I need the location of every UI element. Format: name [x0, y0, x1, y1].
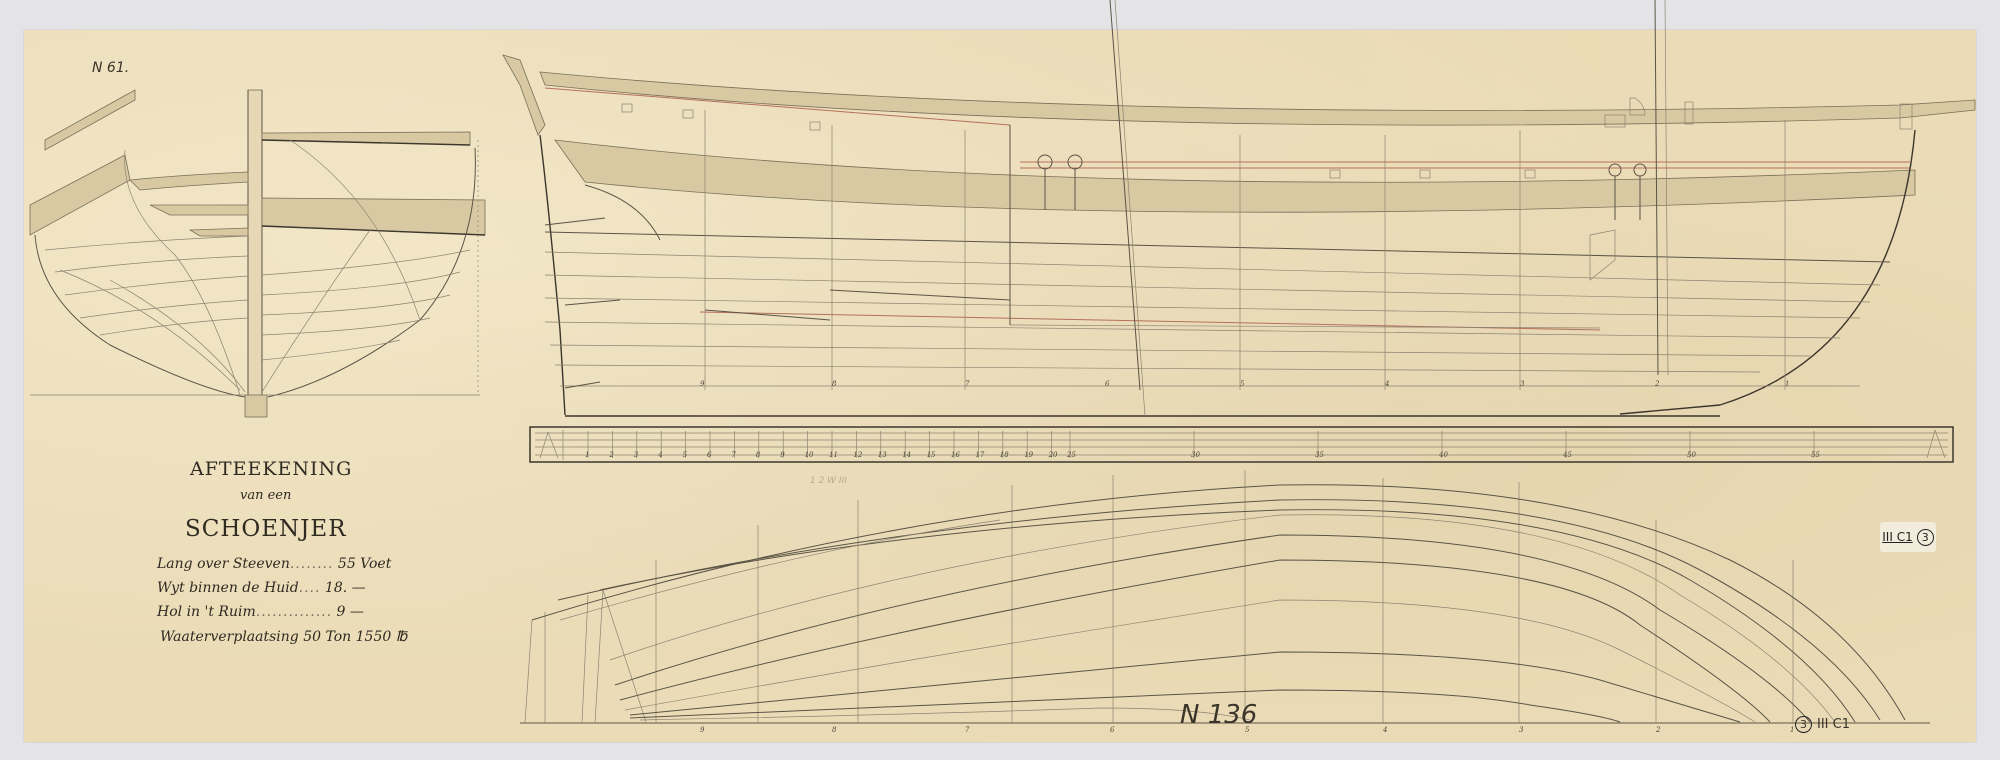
scale-tick-label: 1: [585, 451, 589, 459]
scale-tick-label: 8: [756, 451, 760, 459]
drawing-title: AFTEEKENING: [190, 458, 352, 480]
spec-depth: Hol in 't Ruim.............. 9 —: [157, 604, 364, 620]
station-label: 8: [832, 380, 836, 388]
ship-lines-drawing: [0, 0, 2000, 760]
scale-bar: [530, 427, 1953, 462]
scale-tick-label: 25: [1067, 451, 1076, 459]
scale-tick-label: 12: [853, 451, 862, 459]
station-label: 5: [1240, 380, 1244, 388]
station-label: 8: [832, 726, 836, 734]
scale-tick-label: 11: [829, 451, 838, 459]
station-label: 7: [965, 380, 969, 388]
scale-tick-label: 14: [902, 451, 911, 459]
bottom-catalog-code: III C1: [1817, 717, 1850, 732]
catalog-circled-number: 3: [1917, 529, 1934, 546]
scale-tick-label: 4: [658, 451, 662, 459]
station-label: 9: [700, 726, 704, 734]
half-breadth-plan: [520, 470, 1930, 723]
scale-tick-label: 10: [805, 451, 814, 459]
station-label: 4: [1383, 726, 1387, 734]
station-label: 7: [965, 726, 969, 734]
scale-tick-label: 2: [609, 451, 613, 459]
station-label: 9: [700, 380, 704, 388]
station-label: 1: [1785, 380, 1789, 388]
spec-displacement: Waaterverplaatsing 50 Ton 1550 ℔: [160, 629, 407, 645]
sheet-number-top: N 61.: [92, 60, 129, 76]
scale-tick-label: 19: [1024, 451, 1033, 459]
catalog-code: III C1: [1882, 530, 1912, 544]
station-label: 6: [1110, 726, 1114, 734]
body-plan: [30, 90, 485, 417]
faint-stamp: 1 2 W III: [810, 476, 847, 486]
scale-tick-label: 45: [1563, 451, 1572, 459]
station-label: 5: [1245, 726, 1249, 734]
station-label: 4: [1385, 380, 1389, 388]
station-label: 3: [1520, 380, 1524, 388]
scale-tick-label: 35: [1315, 451, 1324, 459]
scale-tick-label: 15: [927, 451, 936, 459]
scale-tick-label: 5: [683, 451, 687, 459]
scale-tick-label: 18: [1000, 451, 1009, 459]
scale-tick-label: 50: [1687, 451, 1696, 459]
scale-tick-label: 40: [1439, 451, 1448, 459]
scale-tick-label: 6: [707, 451, 711, 459]
station-label: 2: [1656, 726, 1660, 734]
scale-tick-label: 13: [878, 451, 887, 459]
spec-length: Lang over Steeven........ 55 Voet: [157, 556, 391, 572]
bottom-catalog-mark: 3 III C1: [1795, 716, 1850, 733]
drawing-subtitle: van een: [240, 488, 291, 503]
scale-tick-label: 30: [1191, 451, 1200, 459]
sheer-plan: [503, 0, 1975, 416]
scale-tick-label: 9: [780, 451, 784, 459]
scale-tick-label: 16: [951, 451, 960, 459]
spec-width: Wyt binnen de Huid.... 18. —: [157, 580, 366, 596]
scale-tick-label: 17: [975, 451, 984, 459]
station-label: 6: [1105, 380, 1109, 388]
scale-tick-label: 55: [1811, 451, 1820, 459]
ship-type: SCHOENJER: [185, 516, 347, 542]
station-label: 3: [1519, 726, 1523, 734]
scale-tick-label: 3: [634, 451, 638, 459]
scale-tick-label: 20: [1049, 451, 1058, 459]
scale-tick-label: 7: [731, 451, 735, 459]
catalog-label: III C1 3: [1880, 522, 1936, 552]
station-label: 2: [1655, 380, 1659, 388]
bottom-circled-number: 3: [1795, 716, 1812, 733]
station-label: 1: [1790, 726, 1794, 734]
